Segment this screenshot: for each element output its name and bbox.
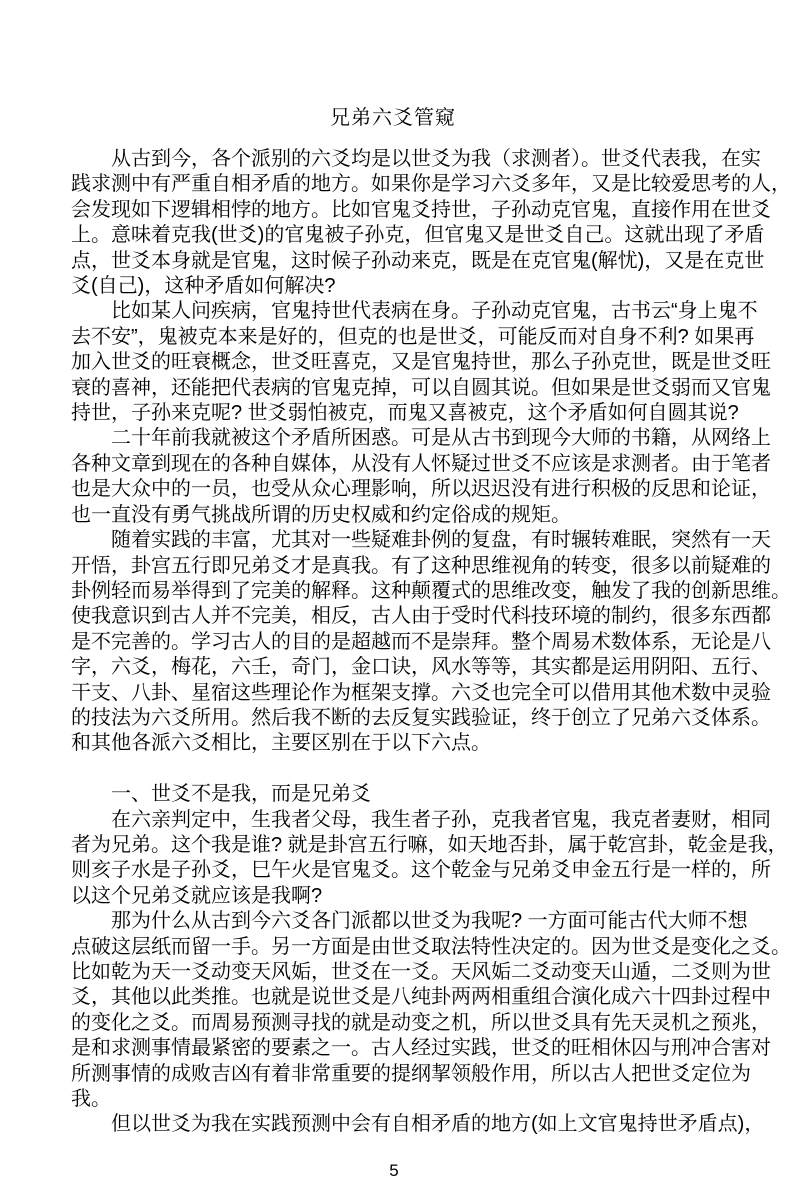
text-line: 干支、八卦、星宿这些理论作为框架支撑。六爻也完全可以借用其他术数中灵验	[71, 681, 715, 706]
paragraph: 那为什么从古到今六爻各门派都以世爻为我呢? 一方面可能古代大师不想点破这层纸而留…	[71, 909, 715, 1112]
page-number: 5	[0, 1161, 788, 1181]
paragraph: 但以世爻为我在实践预测中会有自相矛盾的地方(如上文官鬼持世矛盾点)，	[71, 1112, 715, 1137]
text-line: 所测事情的成败吉凶有着非常重要的提纲挈领般作用，所以古人把世爻定位为	[71, 1062, 715, 1087]
text-line: 但以世爻为我在实践预测中会有自相矛盾的地方(如上文官鬼持世矛盾点)，	[71, 1112, 715, 1137]
text-line: 卦例轻而易举得到了完美的解释。这种颠覆式的思维改变，触发了我的创新思维。	[71, 579, 715, 604]
text-line: 的变化之爻。而周易预测寻找的就是动变之机，所以世爻具有先天灵机之预兆，	[71, 1011, 715, 1036]
text-line: 也一直没有勇气挑战所谓的历史权威和约定俗成的规矩。	[71, 503, 715, 528]
text-line: 者为兄弟。这个我是谁? 就是卦宫五行嘛，如天地否卦，属于乾宫卦，乾金是我，	[71, 833, 715, 858]
page-title: 兄弟六爻管窥	[71, 101, 715, 130]
text-line: 衰的喜神，还能把代表病的官鬼克掉，可以自圆其说。但如果是世爻弱而又官鬼	[71, 376, 715, 401]
text-line: 我。	[71, 1087, 715, 1112]
paragraph: 随着实践的丰富，尤其对一些疑难卦例的复盘，有时辗转难眠，突然有一天开悟，卦宫五行…	[71, 528, 715, 757]
text-line: 爻，其他以此类推。也就是说世爻是八纯卦两两相重组合演化成六十四卦过程中	[71, 985, 715, 1010]
text-line: 点，世爻本身就是官鬼，这时候子孙动来克，既是在克官鬼(解忧)，又是在克世	[71, 249, 715, 274]
text-line: 比如乾为天一爻动变天风姤，世爻在一爻。天风姤二爻动变天山遁，二爻则为世	[71, 960, 715, 985]
text-line: 会发现如下逻辑相悖的地方。比如官鬼爻持世，子孙动克官鬼，直接作用在世爻	[71, 198, 715, 223]
text-line: 是不完善的。学习古人的目的是超越而不是崇拜。整个周易术数体系，无论是八	[71, 630, 715, 655]
text-line: 则亥子水是子孙爻，巳午火是官鬼爻。这个乾金与兄弟爻申金五行是一样的，所	[71, 858, 715, 883]
text-line: 开悟，卦宫五行即兄弟爻才是真我。有了这种思维视角的转变，很多以前疑难的	[71, 554, 715, 579]
text-line: 和其他各派六爻相比，主要区别在于以下六点。	[71, 731, 715, 756]
text-line: 上。意味着克我(世爻)的官鬼被子孙克，但官鬼又是世爻自己。这就出现了矛盾	[71, 223, 715, 248]
text-line: 从古到今，各个派别的六爻均是以世爻为我（求测者）。世爻代表我，在实	[71, 147, 715, 172]
text-line: 随着实践的丰富，尤其对一些疑难卦例的复盘，有时辗转难眠，突然有一天	[71, 528, 715, 553]
text-line: 那为什么从古到今六爻各门派都以世爻为我呢? 一方面可能古代大师不想	[71, 909, 715, 934]
text-line: 一、世爻不是我，而是兄弟爻	[71, 782, 715, 807]
text-line: 爻(自己)，这种矛盾如何解决?	[71, 274, 715, 299]
text-line: 以这个兄弟爻就应该是我啊?	[71, 884, 715, 909]
document-page: 兄弟六爻管窥 从古到今，各个派别的六爻均是以世爻为我（求测者）。世爻代表我，在实…	[0, 0, 788, 1195]
text-line: 字，六爻，梅花，六壬，奇门，金口诀，风水等等，其实都是运用阴阳、五行、	[71, 655, 715, 680]
section-heading: 一、世爻不是我，而是兄弟爻	[71, 782, 715, 807]
paragraph: 从古到今，各个派别的六爻均是以世爻为我（求测者）。世爻代表我，在实践求测中有严重…	[71, 147, 715, 299]
text-line: 各种文章到现在的各种自媒体，从没有人怀疑过世爻不应该是求测者。由于笔者	[71, 452, 715, 477]
text-line: 是和求测事情最紧密的要素之一。古人经过实践，世爻的旺相休囚与刑冲合害对	[71, 1036, 715, 1061]
text-body: 从古到今，各个派别的六爻均是以世爻为我（求测者）。世爻代表我，在实践求测中有严重…	[71, 147, 715, 1138]
text-line: 加入世爻的旺衰概念，世爻旺喜克，又是官鬼持世，那么子孙克世，既是世爻旺	[71, 350, 715, 375]
text-line: 比如某人问疾病，官鬼持世代表病在身。子孙动克官鬼，古书云“身上鬼不	[71, 299, 715, 324]
text-line: 践求测中有严重自相矛盾的地方。如果你是学习六爻多年，又是比较爱思考的人，	[71, 172, 715, 197]
paragraph: 比如某人问疾病，官鬼持世代表病在身。子孙动克官鬼，古书云“身上鬼不去不安”，鬼被…	[71, 299, 715, 426]
paragraph: 在六亲判定中，生我者父母，我生者子孙，克我者官鬼，我克者妻财，相同者为兄弟。这个…	[71, 808, 715, 910]
text-line: 二十年前我就被这个矛盾所困惑。可是从古书到现今大师的书籍，从网络上	[71, 426, 715, 451]
paragraph: 二十年前我就被这个矛盾所困惑。可是从古书到现今大师的书籍，从网络上各种文章到现在…	[71, 426, 715, 528]
text-line: 在六亲判定中，生我者父母，我生者子孙，克我者官鬼，我克者妻财，相同	[71, 808, 715, 833]
text-line: 也是大众中的一员，也受从众心理影响，所以迟迟没有进行积极的反思和论证，	[71, 477, 715, 502]
text-line: 点破这层纸而留一手。另一方面是由世爻取法特性决定的。因为世爻是变化之爻。	[71, 935, 715, 960]
text-line: 去不安”，鬼被克本来是好的，但克的也是世爻，可能反而对自身不利? 如果再	[71, 325, 715, 350]
text-line: 的技法为六爻所用。然后我不断的去反复实践验证，终于创立了兄弟六爻体系。	[71, 706, 715, 731]
text-line: 使我意识到古人并不完美，相反，古人由于受时代科技环境的制约，很多东西都	[71, 604, 715, 629]
text-line: 持世，子孙来克呢? 世爻弱怕被克，而鬼又喜被克，这个矛盾如何自圆其说?	[71, 401, 715, 426]
